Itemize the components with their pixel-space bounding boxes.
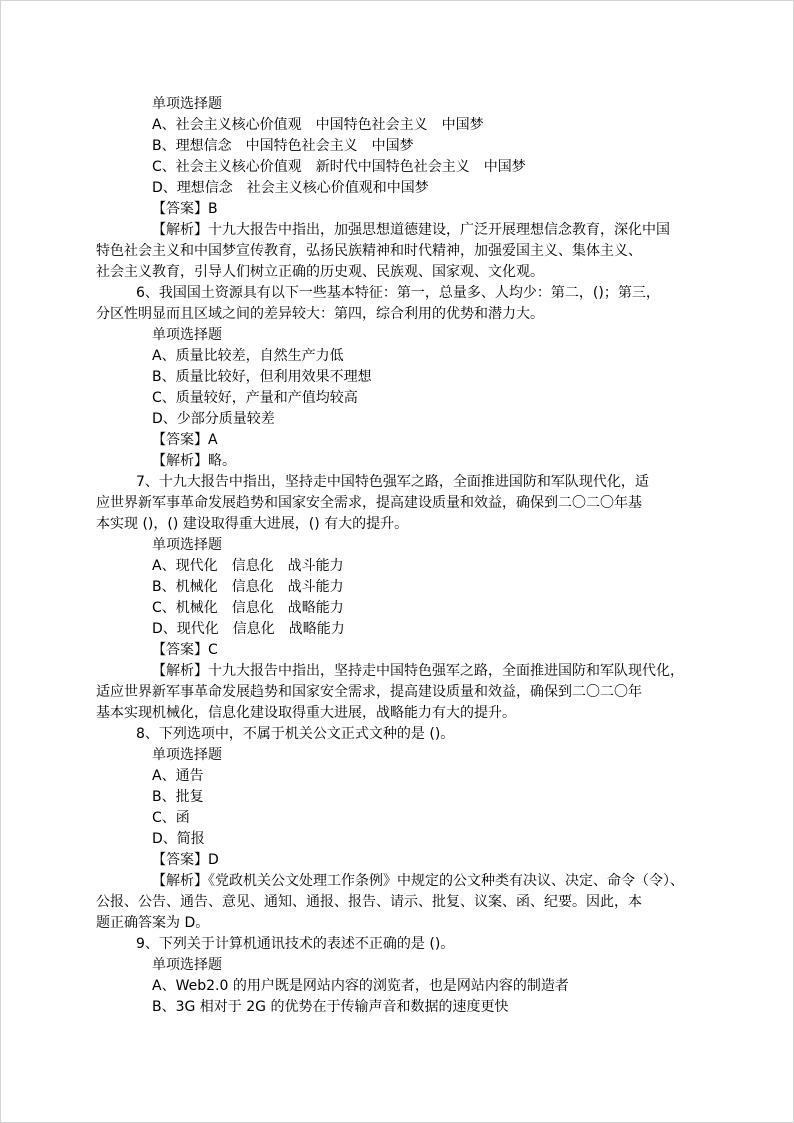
option-line: A、现代化 信息化 战斗能力 (96, 556, 710, 577)
option-line: A、通告 (96, 766, 710, 787)
explanation-line: 【解析】《党政机关公文处理工作条例》中规定的公文种类有决议、决定、命令（令）、 (96, 871, 710, 892)
option-line: D、少部分质量较差 (96, 409, 710, 430)
option-line: D、现代化 信息化 战略能力 (96, 619, 710, 640)
option-line: A、社会主义核心价值观 中国特色社会主义 中国梦 (96, 115, 710, 136)
document-page: 单项选择题A、社会主义核心价值观 中国特色社会主义 中国梦B、理想信念 中国特色… (0, 0, 794, 1123)
explanation-line: 特色社会主义和中国梦宣传教育，弘扬民族精神和时代精神，加强爱国主义、集体主义、 (96, 241, 710, 262)
question-stem-line: 本实现 ()，() 建设取得重大进展，() 有大的提升。 (96, 514, 710, 535)
question-stem-line: 9、下列关于计算机通讯技术的表述不正确的是 ()。 (96, 934, 710, 955)
question-type-label: 单项选择题 (96, 94, 710, 115)
explanation-line: 社会主义教育，引导人们树立正确的历史观、民族观、国家观、文化观。 (96, 262, 710, 283)
question-stem-line: 应世界新军事革命发展趋势和国家安全需求，提高建设质量和效益，确保到二〇二〇年基 (96, 493, 710, 514)
question-type-label: 单项选择题 (96, 325, 710, 346)
question-type-label: 单项选择题 (96, 955, 710, 976)
option-line: B、质量比较好，但利用效果不理想 (96, 367, 710, 388)
option-line: C、质量较好，产量和产值均较高 (96, 388, 710, 409)
option-line: C、社会主义核心价值观 新时代中国特色社会主义 中国梦 (96, 157, 710, 178)
question-stem-line: 8、下列选项中，不属于机关公文正式文种的是 ()。 (96, 724, 710, 745)
answer-line: 【答案】B (96, 199, 710, 220)
question-type-label: 单项选择题 (96, 745, 710, 766)
question-block: 9、下列关于计算机通讯技术的表述不正确的是 ()。单项选择题A、Web2.0 的… (96, 934, 710, 1018)
option-line: B、机械化 信息化 战斗能力 (96, 577, 710, 598)
explanation-line: 公报、公告、通告、意见、通知、通报、报告、请示、批复、议案、函、纪要。因此，本 (96, 892, 710, 913)
option-line: D、简报 (96, 829, 710, 850)
question-block: 6、我国国土资源具有以下一些基本特征：第一，总量多、人均少：第二，()；第三，分… (96, 283, 710, 472)
explanation-line: 【解析】十九大报告中指出，坚持走中国特色强军之路，全面推进国防和军队现代化， (96, 661, 710, 682)
option-line: B、理想信念 中国特色社会主义 中国梦 (96, 136, 710, 157)
option-line: D、理想信念 社会主义核心价值观和中国梦 (96, 178, 710, 199)
explanation-line: 适应世界新军事革命发展趋势和国家安全需求，提高建设质量和效益，确保到二〇二〇年 (96, 682, 710, 703)
option-line: B、3G 相对于 2G 的优势在于传输声音和数据的速度更快 (96, 997, 710, 1018)
question-stem-line: 6、我国国土资源具有以下一些基本特征：第一，总量多、人均少：第二，()；第三， (96, 283, 710, 304)
explanation-line: 【解析】十九大报告中指出，加强思想道德建设，广泛开展理想信念教育，深化中国 (96, 220, 710, 241)
question-block: 单项选择题A、社会主义核心价值观 中国特色社会主义 中国梦B、理想信念 中国特色… (96, 94, 710, 283)
option-line: C、机械化 信息化 战略能力 (96, 598, 710, 619)
question-stem-line: 7、十九大报告中指出，坚持走中国特色强军之路，全面推进国防和军队现代化，适 (96, 472, 710, 493)
document-body: 单项选择题A、社会主义核心价值观 中国特色社会主义 中国梦B、理想信念 中国特色… (96, 94, 710, 1018)
explanation-line: 【解析】略。 (96, 451, 710, 472)
answer-line: 【答案】D (96, 850, 710, 871)
option-line: A、质量比较差，自然生产力低 (96, 346, 710, 367)
question-block: 7、十九大报告中指出，坚持走中国特色强军之路，全面推进国防和军队现代化，适应世界… (96, 472, 710, 724)
question-type-label: 单项选择题 (96, 535, 710, 556)
option-line: A、Web2.0 的用户既是网站内容的浏览者，也是网站内容的制造者 (96, 976, 710, 997)
question-block: 8、下列选项中，不属于机关公文正式文种的是 ()。单项选择题A、通告B、批复C、… (96, 724, 710, 934)
option-line: B、批复 (96, 787, 710, 808)
question-stem-line: 分区性明显而且区域之间的差异较大：第四，综合利用的优势和潜力大。 (96, 304, 710, 325)
explanation-line: 基本实现机械化，信息化建设取得重大进展，战略能力有大的提升。 (96, 703, 710, 724)
answer-line: 【答案】C (96, 640, 710, 661)
answer-line: 【答案】A (96, 430, 710, 451)
option-line: C、函 (96, 808, 710, 829)
explanation-line: 题正确答案为 D。 (96, 913, 710, 934)
